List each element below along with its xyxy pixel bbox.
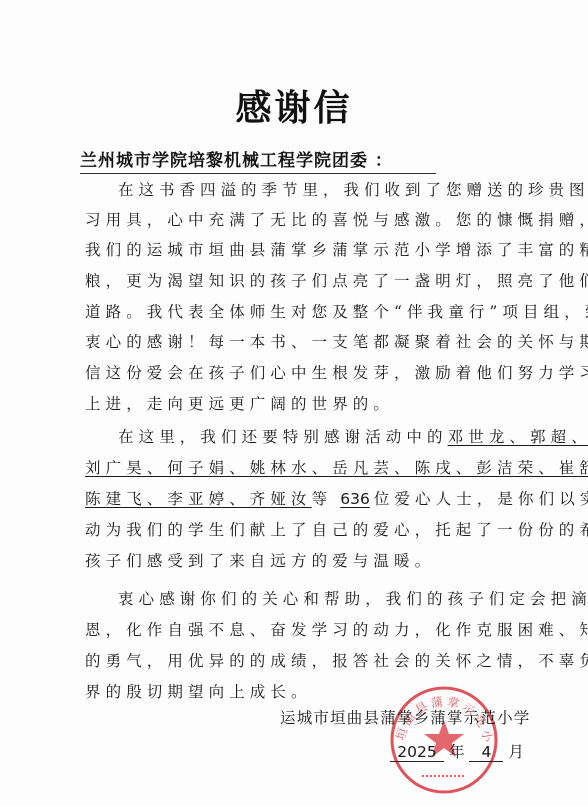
volunteer-count: 636 bbox=[332, 490, 374, 508]
volunteer-names: 刘广昊、何子娟、姚林水、岳凡芸、陈戌、彭洁荣、崔舒涵、 bbox=[85, 459, 588, 477]
text-line: 在这里，我们还要特别感谢活动中的邓世龙、郭超、叶昕、 bbox=[118, 425, 548, 449]
text-line: 刘广昊、何子娟、姚林水、岳凡芸、陈戌、彭洁荣、崔舒涵、 bbox=[85, 456, 515, 480]
page-title: 感谢信 bbox=[0, 80, 588, 131]
text-line: 习用具，心中充满了无比的喜悦与感激。您的慷慨捐赠，不仅为 bbox=[85, 208, 515, 232]
text-line: 粮，更为渴望知识的孩子们点亮了一盏明灯，照亮了他们前行的 bbox=[85, 269, 515, 293]
volunteer-names: 邓世龙、郭超、叶昕、 bbox=[448, 428, 588, 446]
text-line: 恩，化作自强不息、奋发学习的动力，化作克服困难、知难而进 bbox=[85, 618, 515, 642]
recipient: 兰州城市学院培黎机械工程学院团委 ： bbox=[80, 146, 436, 174]
date-month: 4 bbox=[469, 743, 503, 762]
text-line: 衷心的感谢！每一本书、一支笔都凝聚着社会的关怀与期望，相 bbox=[85, 330, 515, 354]
text-line: 界的殷切期望向上成长。 bbox=[85, 680, 515, 704]
text: 在这里，我们还要特别感谢活动中的 bbox=[118, 428, 448, 446]
text: 等 bbox=[312, 490, 333, 508]
signature-date: 2025 年 4 月 bbox=[390, 740, 524, 762]
volunteer-names: 陈建飞、李亚婷、齐娅汝 bbox=[85, 490, 312, 508]
text-line: 孩子们感受到了来自远方的爱与温暖。 bbox=[85, 549, 515, 573]
text-line: 陈建飞、李亚婷、齐娅汝等636位爱心人士，是你们以实际行 bbox=[85, 487, 515, 511]
text-line: 信这份爱会在孩子们心中生根发芽，激励着他们努力学习，积极 bbox=[85, 361, 515, 385]
date-month-unit: 月 bbox=[508, 743, 524, 761]
text-line: 上进，走向更远更广阔的世界的。 bbox=[85, 392, 515, 416]
text-line: 在这书香四溢的季节里，我们收到了您赠送的珍贵图书与学 bbox=[118, 178, 548, 202]
text-line: 道路。我代表全体师生对您及整个“伴我童行”项目组，致以最 bbox=[85, 300, 515, 324]
text-line: 的勇气，用优异的的成绩，报答社会的关怀之情，不辜负社会各 bbox=[85, 649, 515, 673]
text: 位爱心人士，是你们以实际行 bbox=[374, 490, 588, 508]
signature-school: 运城市垣曲县蒲掌乡蒲掌示范小学 bbox=[280, 706, 531, 728]
text-line: 动为我们的学生们献上了自己的爱心，托起了一份份的希望，让 bbox=[85, 518, 515, 542]
text-line: 衷心感谢你们的关心和帮助，我们的孩子们定会把滴水之 bbox=[118, 587, 548, 611]
date-year: 2025 bbox=[390, 743, 444, 762]
date-year-unit: 年 bbox=[449, 743, 465, 761]
text-line: 我们的运城市垣曲县蒲掌乡蒲掌示范小学增添了丰富的精神食 bbox=[85, 238, 515, 262]
